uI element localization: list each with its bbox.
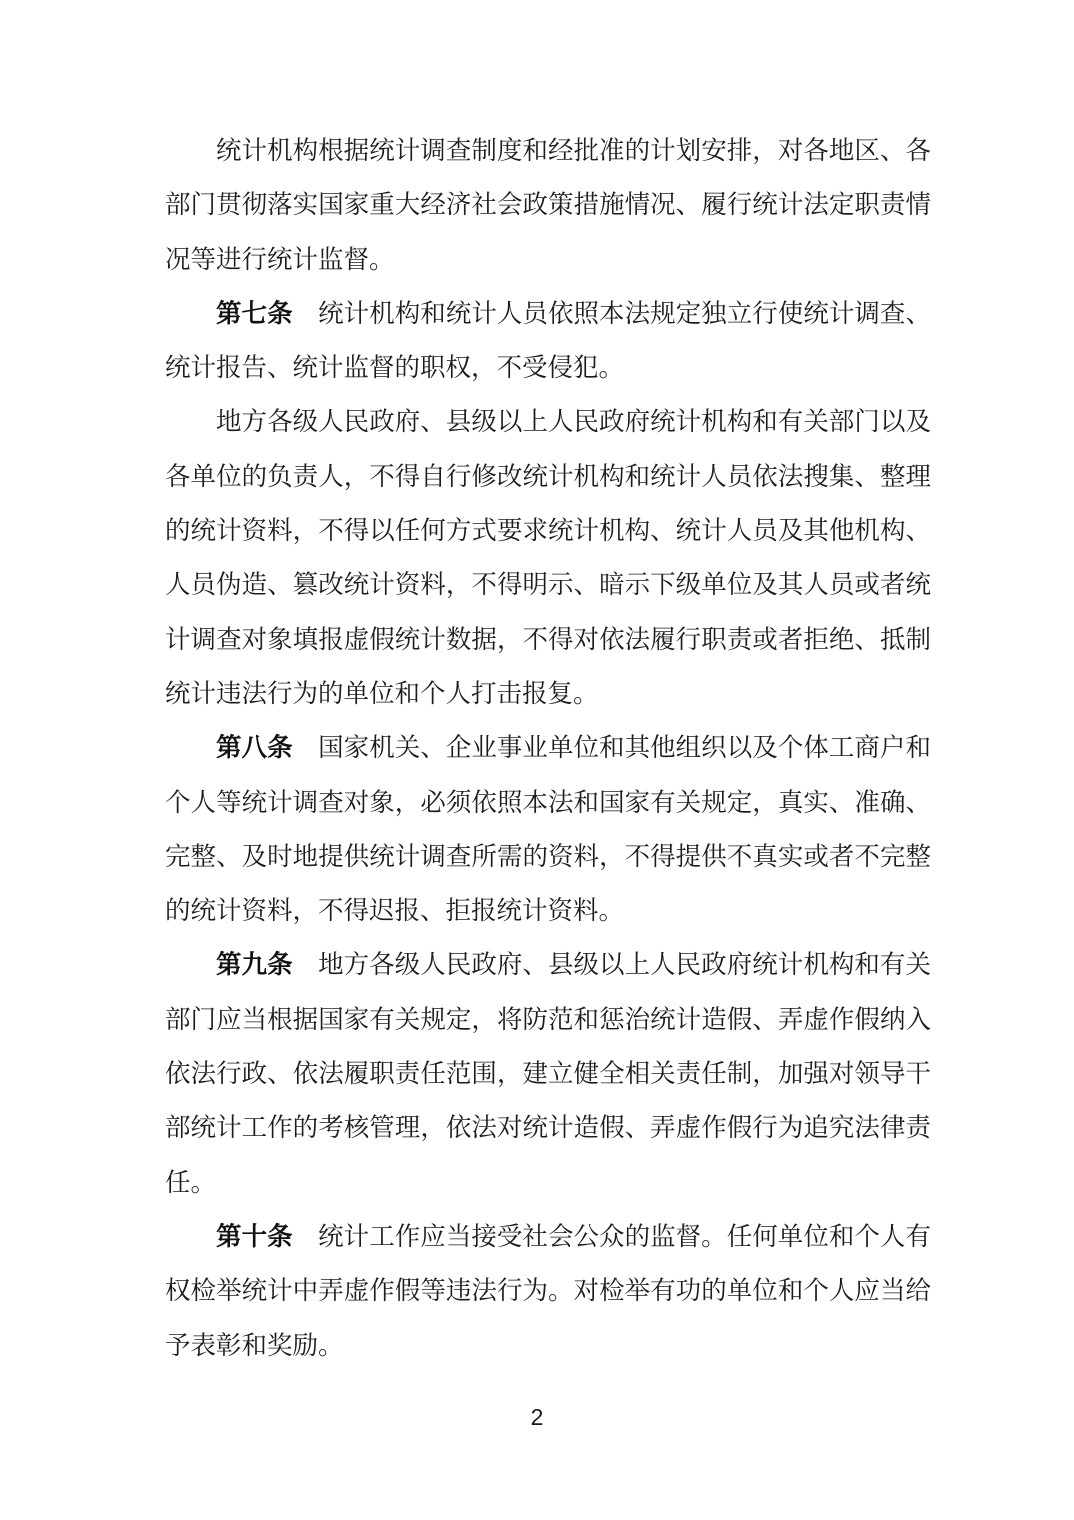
body-paragraph: 地方各级人民政府、县级以上人民政府统计机构和有关部门以及各单位的负责人，不得自行… bbox=[165, 395, 931, 721]
document-page: 统计机构根据统计调查制度和经批准的计划安排，对各地区、各部门贯彻落实国家重大经济… bbox=[0, 0, 1074, 1520]
article-number-label: 第八条 bbox=[216, 733, 293, 762]
article-paragraph: 第九条 地方各级人民政府、县级以上人民政府统计机构和有关部门应当根据国家有关规定… bbox=[165, 938, 931, 1209]
page-number: 2 bbox=[0, 1403, 1074, 1431]
article-paragraph: 第十条 统计工作应当接受社会公众的监督。任何单位和个人有权检举统计中弄虚作假等违… bbox=[165, 1210, 931, 1373]
article-number-label: 第十条 bbox=[216, 1222, 293, 1251]
document-body: 统计机构根据统计调查制度和经批准的计划安排，对各地区、各部门贯彻落实国家重大经济… bbox=[165, 124, 931, 1373]
article-number-label: 第七条 bbox=[216, 299, 293, 328]
article-paragraph: 第八条 国家机关、企业事业单位和其他组织以及个体工商户和个人等统计调查对象，必须… bbox=[165, 721, 931, 938]
article-number-label: 第九条 bbox=[216, 950, 293, 979]
body-paragraph: 统计机构根据统计调查制度和经批准的计划安排，对各地区、各部门贯彻落实国家重大经济… bbox=[165, 124, 931, 287]
article-paragraph: 第七条 统计机构和统计人员依照本法规定独立行使统计调查、统计报告、统计监督的职权… bbox=[165, 287, 931, 396]
